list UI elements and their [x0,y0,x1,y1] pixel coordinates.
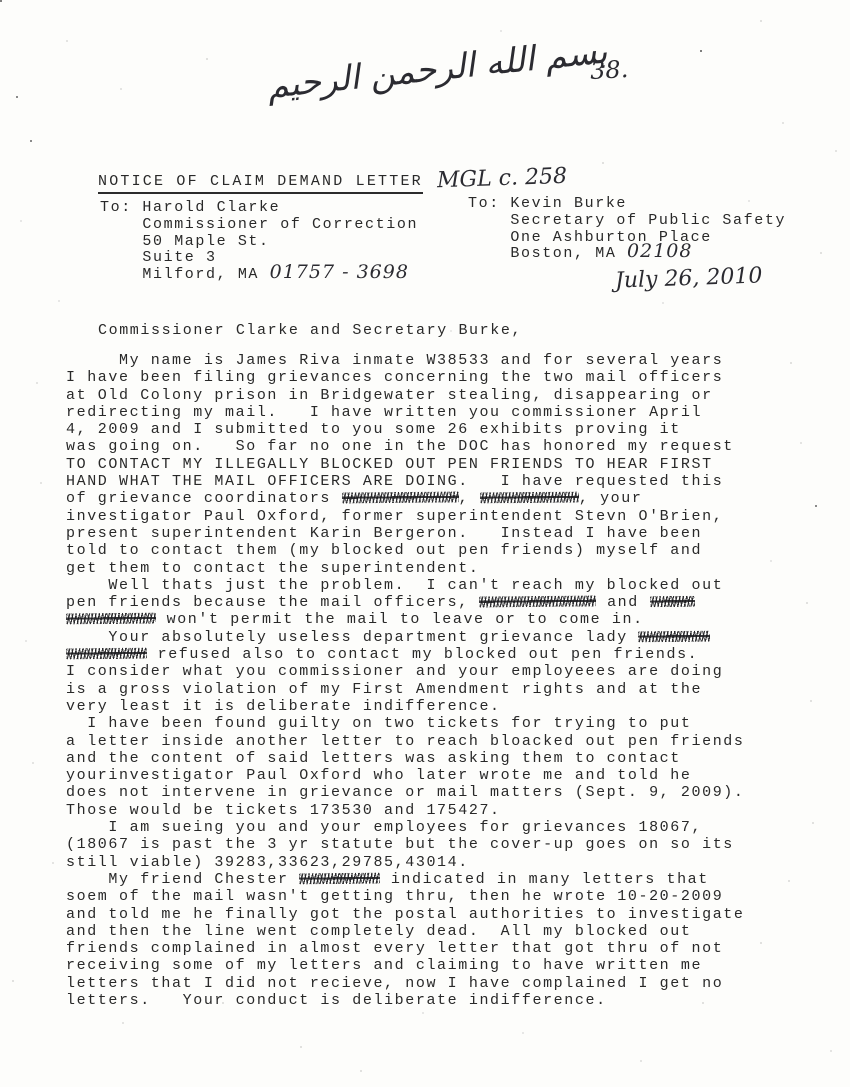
text-line: letters that I did not recieve, now I ha… [66,975,745,992]
title-row: NOTICE OF CLAIM DEMAND LETTER MGL c. 258 [98,166,567,194]
handwritten-text: 01757 - 3698 [270,261,409,283]
text-line: friends complained in almost every lette… [66,940,745,957]
text-line: Those would be tickets 173530 and 175427… [66,802,745,819]
text-line: investigator Paul Oxford, former superin… [66,508,745,525]
text-line: won't permit the mail to leave or to com… [66,611,745,628]
text-line: letters. Your conduct is deliberate indi… [66,992,745,1009]
text-line: and told me he finally got the postal au… [66,906,745,923]
scribbled-out-name [480,492,579,504]
text-line: HAND WHAT THE MAIL OFFICERS ARE DOING. I… [66,473,745,490]
text-line: and then the line went completely dead. … [66,923,745,940]
text-line: I have been found guilty on two tickets … [66,715,745,732]
text-line: pen friends because the mail officers, a… [66,594,745,611]
scribbled-out-name [66,648,147,660]
text-line: Milford, MA 01757 - 3698 [100,267,418,284]
text-line: is a gross violation of my First Amendme… [66,681,745,698]
text-line: soem of the mail wasn't getting thru, th… [66,888,745,905]
scanned-letter-page: بسم الله الرحمن الرحيم 38. NOTICE OF CLA… [0,0,850,1087]
scribbled-out-name [479,596,596,608]
law-citation-annotation: MGL c. 258 [436,164,567,194]
text-line: Well thats just the problem. I can't rea… [66,577,745,594]
text-line: To: Harold Clarke [100,200,418,217]
letter-title: NOTICE OF CLAIM DEMAND LETTER [98,172,423,194]
text-line: I am sueing you and your employees for g… [66,819,745,836]
text-line: Boston, MA 02108 [468,246,786,263]
recipient-address-burke: To: Kevin Burke Secretary of Public Safe… [468,196,786,263]
text-line: receiving some of my letters and claimin… [66,957,745,974]
letter-body: My name is James Riva inmate W38533 and … [66,352,745,1009]
text-line: present superintendent Karin Bergeron. I… [66,525,745,542]
text-line: I have been filing grievances concerning… [66,369,745,386]
handwritten-text: 02108 [627,240,692,262]
text-line: My friend Chester indicated in many lett… [66,871,745,888]
scribbled-out-name [66,613,156,625]
text-line: TO CONTACT MY ILLEGALLY BLOCKED OUT PEN … [66,456,745,473]
text-line: redirecting my mail. I have written you … [66,404,745,421]
text-line: Your absolutely useless department griev… [66,629,745,646]
page-number-annotation: 38. [589,55,629,85]
text-line: (18067 is past the 3 yr statute but the … [66,836,745,853]
recipient-address-clarke: To: Harold Clarke Commissioner of Correc… [100,200,418,284]
text-line: at Old Colony prison in Bridgewater stea… [66,387,745,404]
text-line: get them to contact the superintendent. [66,560,745,577]
text-line: of grievance coordinators , , your [66,490,745,507]
text-line: was going on. So far no one in the DOC h… [66,438,745,455]
text-line: does not intervene in grievance or mail … [66,784,745,801]
text-line: Secretary of Public Safety [468,213,786,230]
scribbled-out-name [649,596,694,607]
text-line: 50 Maple St. [100,234,418,251]
scribbled-out-name [299,873,380,885]
text-line: and the content of said letters was aski… [66,750,745,767]
text-line: still viable) 39283,33623,29785,43014. [66,854,745,871]
text-line: Commissioner of Correction [100,217,418,234]
text-line: a letter inside another letter to reach … [66,733,745,750]
text-line: very least it is deliberate indifference… [66,698,745,715]
text-line: yourinvestigator Paul Oxford who later w… [66,767,745,784]
text-line: 4, 2009 and I submitted to you some 26 e… [66,421,745,438]
text-line: I consider what you commissioner and you… [66,663,745,680]
scribbled-out-name [342,492,459,504]
text-line: My name is James Riva inmate W38533 and … [66,352,745,369]
text-line: refused also to contact my blocked out p… [66,646,745,663]
scribbled-out-name [638,630,710,642]
salutation: Commissioner Clarke and Secretary Burke, [98,322,522,339]
text-line: told to contact them (my blocked out pen… [66,542,745,559]
bismillah-handwriting: بسم الله الرحمن الرحيم [287,31,609,104]
text-line: To: Kevin Burke [468,196,786,213]
handwritten-date: July 26, 2010 [615,263,763,293]
